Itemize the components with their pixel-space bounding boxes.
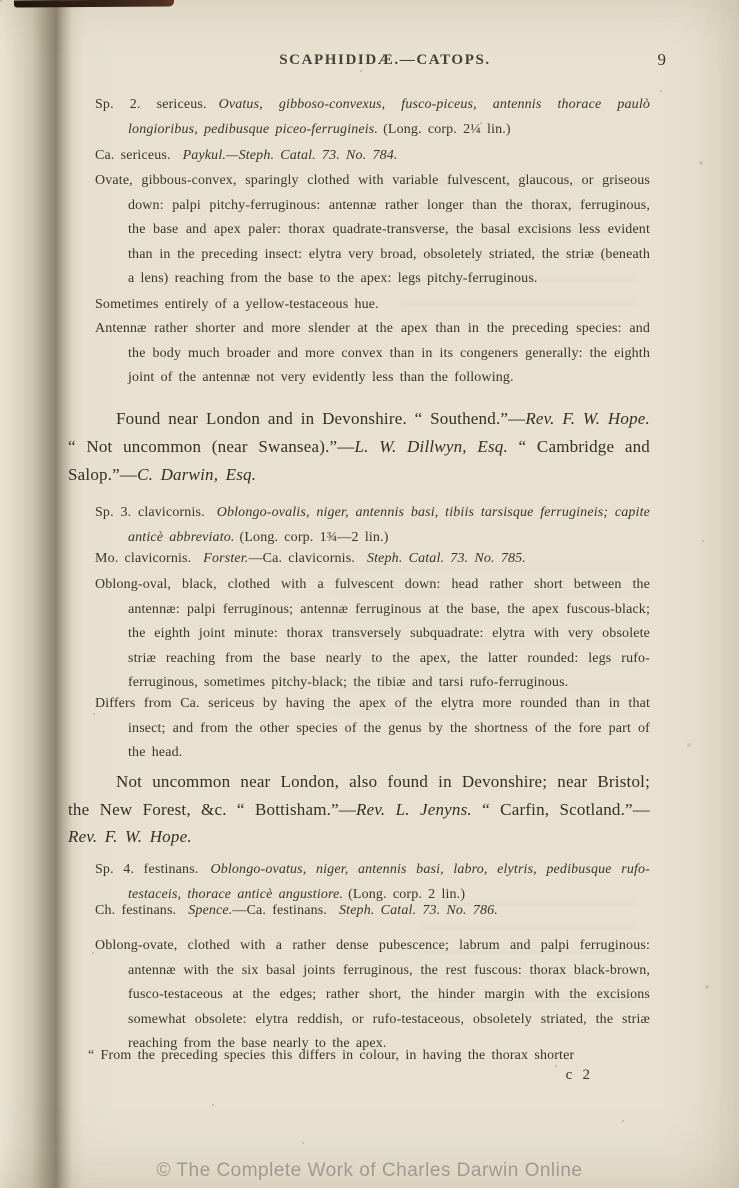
- species-4-synonym-ref: Steph. Catal. 73. No. 786.: [339, 903, 498, 918]
- species-2-synonymy: Ca. sericeus.Paykul.—Steph. Catal. 73. N…: [95, 144, 650, 169]
- book-cover-edge: [14, 0, 174, 7]
- species-2-localities: Found near London and in Devonshire. “ S…: [68, 405, 650, 489]
- running-head: SCAPHIDIDÆ.—CATOPS. 9: [68, 52, 650, 69]
- species-4-synonym-author: Spence.: [188, 903, 232, 918]
- collector-name: C. Darwin, Esq.: [137, 465, 256, 484]
- locality-text: Found near London and in Devonshire. “ S…: [116, 409, 525, 428]
- species-3-synonym-ref: Steph. Catal. 73. No. 785.: [367, 551, 526, 566]
- scanned-book-page: SCAPHIDIDÆ.—CATOPS. 9 Sp. 2. sericeus.Ov…: [0, 0, 739, 1188]
- species-3-length: (Long. corp. 1¾—2 lin.): [240, 530, 389, 545]
- species-4-synonymy: Ch. festinans.Spence.—Ca. festinans.Step…: [95, 899, 650, 924]
- species-2-synonym-name: Ca. sericeus.: [95, 148, 171, 163]
- species-2-length: (Long. corp. 2¼ lin.): [383, 122, 511, 137]
- species-3-synonym-author: Forster.: [203, 551, 248, 566]
- species-2-label: Sp. 2. sericeus.: [95, 97, 207, 112]
- page-number: 9: [658, 50, 667, 70]
- collector-name: Rev. F. W. Hope.: [68, 827, 192, 846]
- species-4-label: Sp. 4. festinans.: [95, 862, 198, 877]
- species-4-description-1: Oblong-ovate, clothed with a rather dens…: [95, 934, 650, 1057]
- species-2-description-1: Ovate, gibbous-convex, sparingly clothed…: [95, 169, 650, 292]
- darwin-online-watermark: © The Complete Work of Charles Darwin On…: [0, 1160, 739, 1182]
- species-3-synonym-name: Mo. clavicornis.: [95, 551, 191, 566]
- signature-mark: c 2: [95, 1063, 650, 1088]
- running-title: SCAPHIDIDÆ.—CATOPS.: [94, 52, 676, 69]
- paper-speckles: [0, 0, 2, 2]
- species-3-heading: Sp. 3. clavicornis.Oblongo-ovalis, niger…: [95, 501, 650, 550]
- locality-text: “ Not uncommon (near Swansea).”—: [68, 437, 354, 456]
- species-3-synonymy: Mo. clavicornis.Forster.—Ca. clavicornis…: [95, 547, 650, 572]
- species-3-localities: Not uncommon near London, also found in …: [68, 768, 650, 851]
- species-2-description-2: Sometimes entirely of a yellow-testaceou…: [95, 293, 650, 318]
- collector-name: L. W. Dillwyn, Esq.: [354, 437, 507, 456]
- collector-name: Rev. F. W. Hope.: [525, 409, 650, 428]
- species-3-description-1: Oblong-oval, black, clothed with a fulve…: [95, 573, 650, 696]
- species-2-description-3: Antennæ rather shorter and more slender …: [95, 317, 650, 391]
- species-2-synonym-ref: Paykul.—Steph. Catal. 73. No. 784.: [183, 148, 398, 163]
- species-3-diagnosis: Oblongo-ovalis, niger, antennis basi, ti…: [128, 505, 650, 545]
- species-4-synonym-name: Ch. festinans.: [95, 903, 176, 918]
- species-3-label: Sp. 3. clavicornis.: [95, 505, 205, 520]
- species-2-heading: Sp. 2. sericeus.Ovatus, gibboso-convexus…: [95, 93, 650, 142]
- species-3-synonym-mid: —Ca. clavicornis.: [248, 551, 355, 566]
- collector-name: Rev. L. Jenyns.: [356, 800, 472, 819]
- species-4-synonym-mid: —Ca. festinans.: [232, 903, 327, 918]
- species-3-description-2: Differs from Ca. sericeus by having the …: [95, 692, 650, 766]
- locality-text: “ Carfin, Scotland.”—: [472, 800, 650, 819]
